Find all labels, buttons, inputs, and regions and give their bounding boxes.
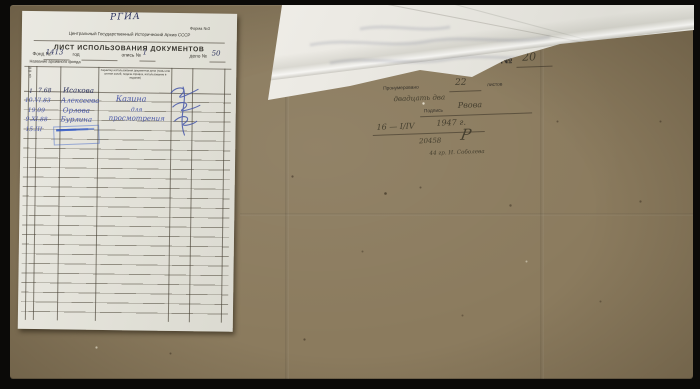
god-underline: [81, 60, 117, 62]
usage-note: Казина: [116, 94, 147, 103]
entry-name: Алексеева: [61, 96, 100, 105]
entry-row-number: 1: [29, 88, 33, 95]
stamp-underline: [517, 66, 553, 68]
cover-date: 16 — I/IV: [376, 121, 414, 131]
archive-name-underline: [34, 40, 225, 44]
archive-name: Центральный Государственный Исторический…: [22, 31, 237, 34]
delo-underline: [209, 61, 225, 62]
stamp-underline: [449, 90, 481, 92]
cover-signature: Рвова: [458, 100, 483, 110]
usage-note: для: [131, 106, 143, 113]
fold-crease-horizontal: [240, 213, 693, 216]
entry-date: 7.68: [38, 87, 51, 94]
paper-specks-light: [10, 5, 11, 6]
fond-value: 1413: [46, 48, 64, 56]
delo-value: 50: [212, 49, 221, 57]
entry-name: Орлова: [63, 106, 90, 114]
entry-date: 10.VI.83: [25, 97, 51, 104]
cover-number: 20458: [419, 137, 442, 146]
numbered-label: Пронумеровано: [383, 83, 463, 86]
signature-flourishes: [166, 83, 203, 139]
blue-stamp: [53, 125, 100, 146]
usage-note: просмотрения: [109, 114, 165, 123]
cover-note: 44 гр. Н. Соболева: [429, 147, 519, 150]
entry-date: 15.III: [25, 126, 42, 133]
entry-name: Бурлина: [61, 115, 93, 123]
sheets-count: 22: [455, 78, 467, 88]
entry-date: 9.XI.88: [26, 116, 48, 123]
form-number: Форма №3: [190, 26, 234, 27]
col-header-usage: Характер использования документов дела (…: [99, 69, 171, 92]
opis-underline: [139, 60, 155, 61]
stamp-underline: [420, 112, 532, 117]
archive-photo: РГИА Форма №3 Центральный Государственны…: [0, 0, 700, 389]
col-header-number: №№ п/п: [28, 67, 36, 90]
entry-name: Исакова: [63, 86, 94, 94]
entry-date: 19.09: [28, 107, 45, 114]
usage-sheet: РГИА Форма №3 Центральный Государственны…: [18, 11, 237, 332]
sheets-count-words: двадцать два: [393, 93, 445, 103]
opis-value: 1: [143, 49, 148, 57]
cover-flourish: Р: [459, 125, 472, 143]
handwritten-archive-code: РГИА: [110, 12, 141, 23]
col-header-name: Кому выдано (фамилия): [60, 70, 98, 71]
sheets-label: листов: [487, 80, 537, 82]
